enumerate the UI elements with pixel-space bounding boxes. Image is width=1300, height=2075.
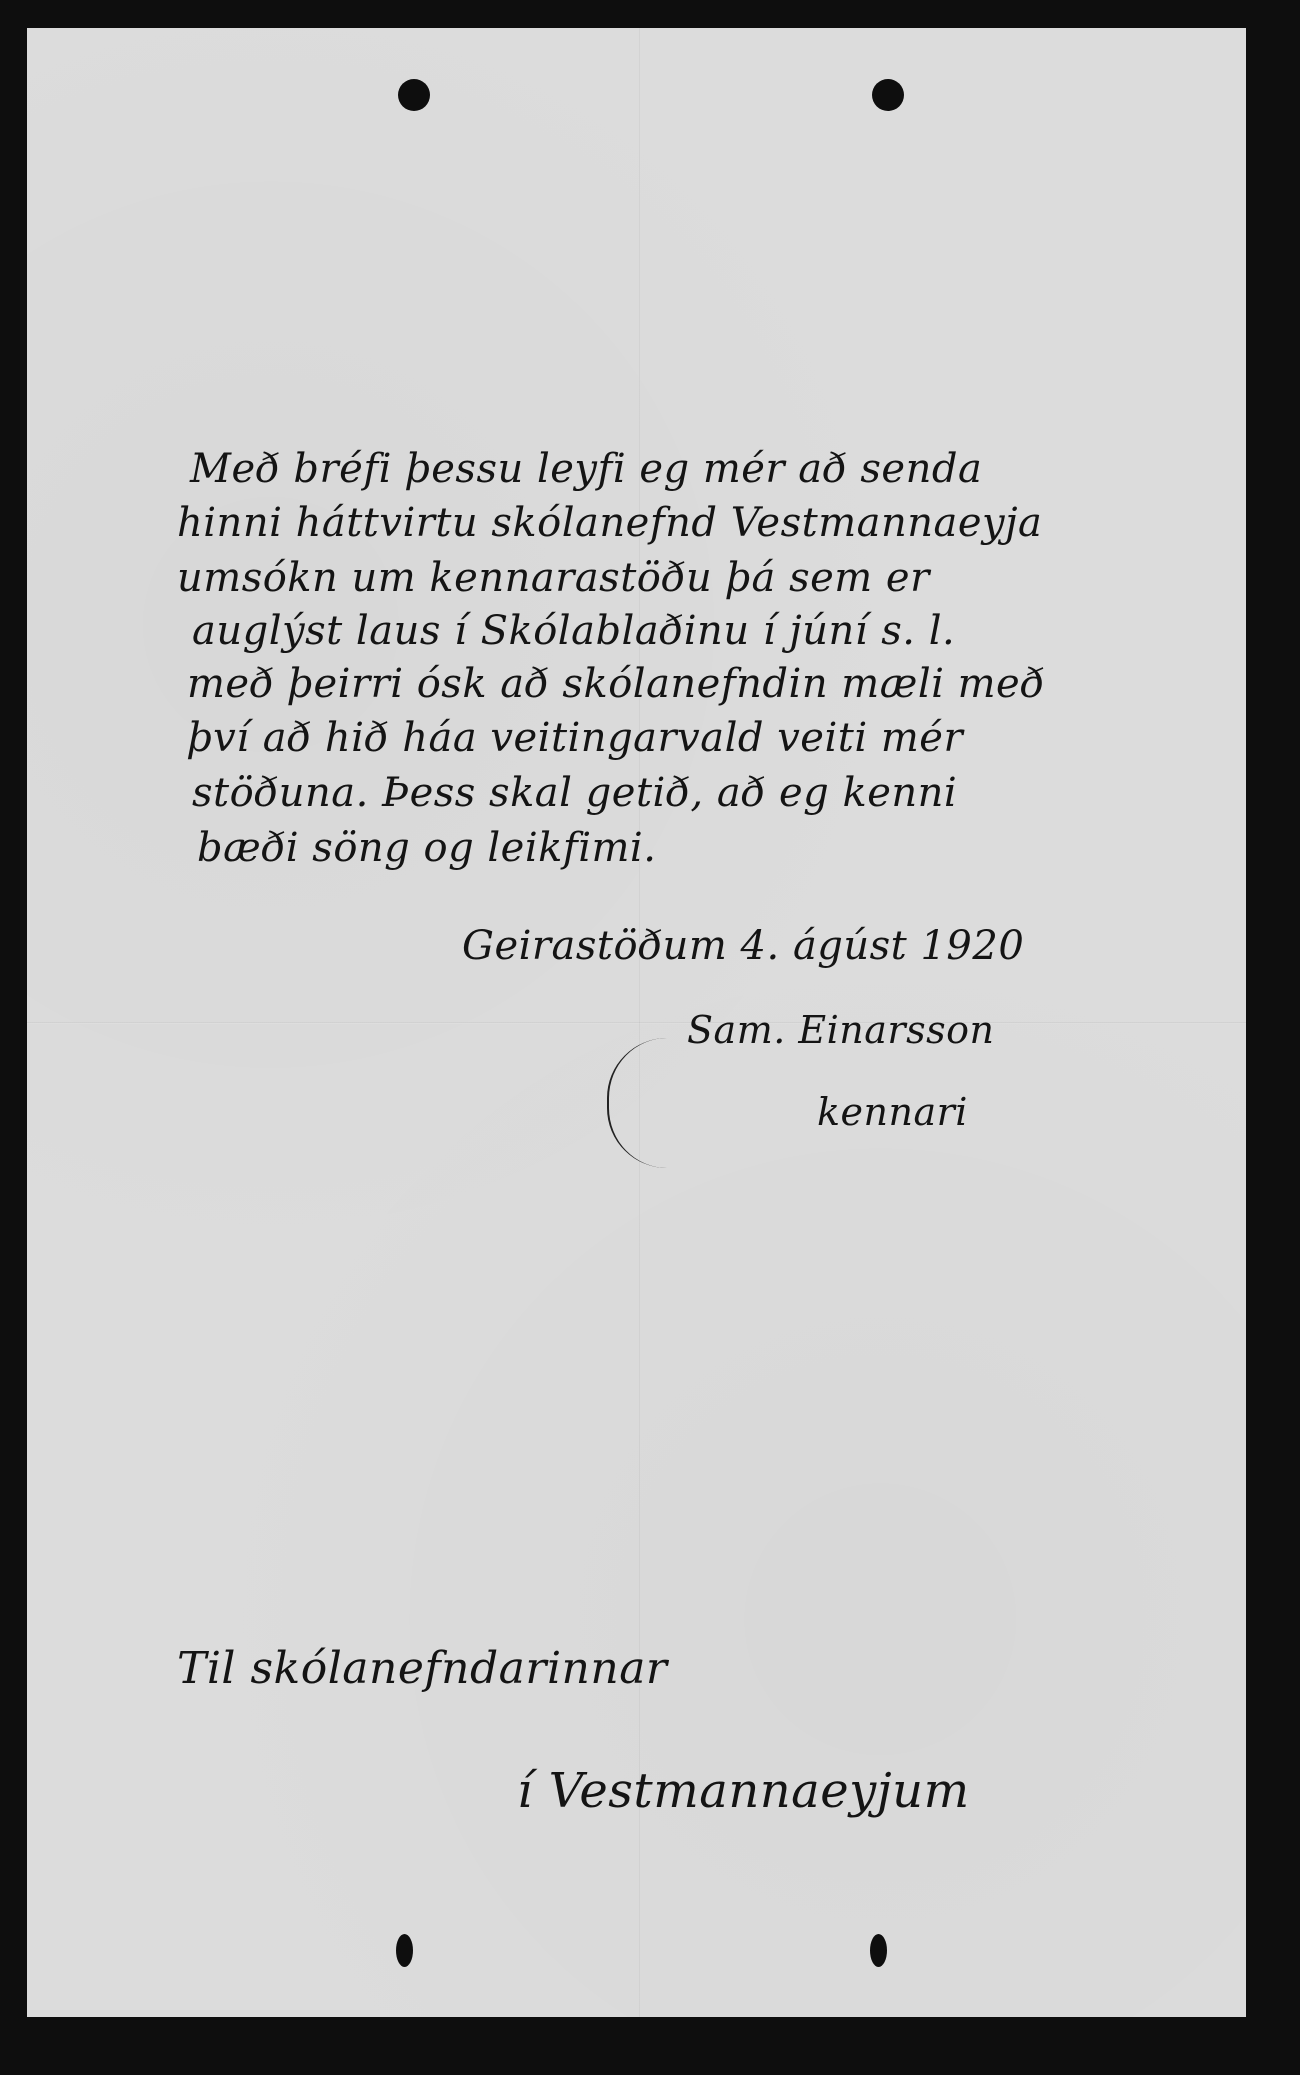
signature-title: kennari bbox=[817, 1090, 968, 1134]
horizontal-fold-line bbox=[27, 1022, 1246, 1024]
address-line-1: Til skólanefndarinnar bbox=[177, 1643, 667, 1694]
body-line-3: umsókn um kennarastöðu þá sem er bbox=[177, 555, 930, 601]
punch-hole-top-left bbox=[398, 79, 430, 111]
signature-flourish bbox=[607, 1038, 699, 1168]
body-line-5: með þeirri ósk að skólanefndin mæli með bbox=[187, 661, 1045, 707]
punch-hole-top-right bbox=[872, 79, 904, 111]
letter-page: Með bréfi þessu leyfi eg mér að senda hi… bbox=[27, 28, 1246, 2017]
body-line-8: bæði söng og leikfimi. bbox=[197, 825, 656, 871]
body-line-2: hinni háttvirtu skólanefnd Vestmannaeyja bbox=[177, 500, 1042, 546]
body-line-1: Með bréfi þessu leyfi eg mér að senda bbox=[190, 446, 982, 492]
body-line-6: því að hið háa veitingarvald veiti mér bbox=[187, 715, 963, 761]
date-line: Geirastöðum 4. ágúst 1920 bbox=[462, 923, 1024, 969]
vertical-fold-line bbox=[639, 28, 640, 2017]
punch-hole-bottom-left bbox=[396, 1934, 413, 1967]
body-line-4: auglýst laus í Skólablaðinu í júní s. l. bbox=[192, 608, 955, 654]
body-line-7: stöðuna. Þess skal getið, að eg kenni bbox=[192, 770, 957, 816]
address-line-2: í Vestmannaeyjum bbox=[517, 1763, 970, 1819]
signature-name: Sam. Einarsson bbox=[687, 1008, 994, 1052]
punch-hole-bottom-right bbox=[870, 1934, 887, 1967]
